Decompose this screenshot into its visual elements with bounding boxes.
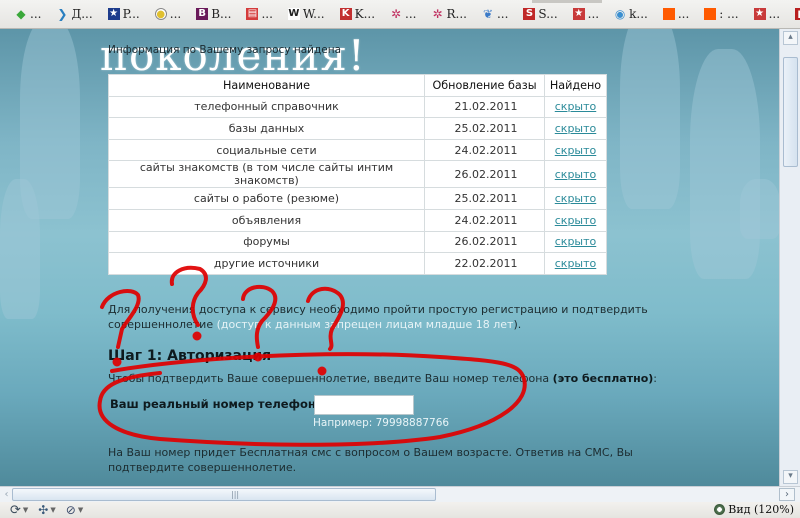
refresh-button[interactable]: ⟳▼ xyxy=(10,503,28,518)
magnifier-icon xyxy=(714,504,725,515)
bookmark-item[interactable]: SS... xyxy=(520,4,560,24)
bookmark-item[interactable]: ★... xyxy=(751,4,783,24)
red-star-doc-icon: ★ xyxy=(573,8,585,20)
bookmark-label: ... xyxy=(170,7,181,21)
chevron-down-icon: ▼ xyxy=(78,506,83,514)
bookmark-item[interactable]: BB... xyxy=(193,4,234,24)
update-date: 22.02.2011 xyxy=(425,253,545,275)
orange-square-icon xyxy=(704,8,716,20)
table-row: другие источники22.02.2011скрыто xyxy=(109,253,607,275)
vertical-scroll-thumb[interactable] xyxy=(783,57,798,167)
colorful-dots-icon: ✲ xyxy=(431,8,443,20)
addons-button[interactable]: ✣▼ xyxy=(38,503,55,517)
hidden-result-link[interactable]: скрыто xyxy=(555,144,597,157)
found-cell: скрыто xyxy=(545,188,607,210)
hidden-result-link[interactable]: скрыто xyxy=(555,235,597,248)
found-cell: скрыто xyxy=(545,231,607,253)
green-blue-arrows-icon: ❯ xyxy=(56,8,68,20)
source-name: объявления xyxy=(109,209,425,231)
bookmark-item[interactable]: ✲... xyxy=(387,4,419,24)
bookmark-item[interactable]: ✲R... xyxy=(428,4,469,24)
table-row: форумы26.02.2011скрыто xyxy=(109,231,607,253)
source-name: сайты знакомств (в том числе сайты интим… xyxy=(109,161,425,188)
vertical-scrollbar[interactable]: ▴ ▾ xyxy=(779,29,800,486)
scroll-grip-icon: ||| xyxy=(231,489,239,501)
update-date: 25.02.2011 xyxy=(425,118,545,140)
bookmark-label: ... xyxy=(678,7,689,21)
wikipedia-w-icon: W xyxy=(288,8,300,20)
bookmark-item[interactable]: ▤... xyxy=(243,4,275,24)
bookmark-item[interactable]: ❯Д... xyxy=(53,4,95,24)
bookmark-label: ... xyxy=(497,7,508,21)
hidden-result-link[interactable]: скрыто xyxy=(555,122,597,135)
blue-globe-icon: ◉ xyxy=(614,8,626,20)
orange-square-icon xyxy=(663,8,675,20)
background-silhouette xyxy=(620,29,680,209)
bookmark-item[interactable]: ◉k... xyxy=(611,4,651,24)
red-s-icon: S xyxy=(523,8,535,20)
update-date: 26.02.2011 xyxy=(425,161,545,188)
update-date: 24.02.2011 xyxy=(425,139,545,161)
bookmark-label: K... xyxy=(355,7,375,21)
scroll-left-arrow-icon[interactable]: ‹ xyxy=(2,488,11,501)
hidden-result-link[interactable]: скрыто xyxy=(555,168,597,181)
bookmark-item[interactable]: WW... xyxy=(285,4,328,24)
zoom-level-button[interactable]: Вид (120%) xyxy=(714,503,794,516)
update-date: 25.02.2011 xyxy=(425,188,545,210)
bookmarks-toolbar: ◆...❯Д...★P...●...BB...▤...WW...KK...✲..… xyxy=(0,0,800,29)
hidden-result-link[interactable]: скрыто xyxy=(555,257,597,270)
found-cell: скрыто xyxy=(545,118,607,140)
source-name: форумы xyxy=(109,231,425,253)
step-desc-end: : xyxy=(653,372,657,385)
bookmark-label: W... xyxy=(303,7,325,21)
access-text-end: ). xyxy=(513,318,521,331)
yellow-circle-icon: ● xyxy=(155,8,167,20)
scroll-up-arrow-icon[interactable]: ▴ xyxy=(783,31,798,45)
table-row: сайты о работе (резюме)25.02.2011скрыто xyxy=(109,188,607,210)
update-date: 26.02.2011 xyxy=(425,231,545,253)
blue-star-icon: ★ xyxy=(108,8,120,20)
hidden-result-link[interactable]: скрыто xyxy=(555,192,597,205)
update-date: 21.02.2011 xyxy=(425,96,545,118)
bookmark-label: Д... xyxy=(71,7,92,21)
found-cell: скрыто xyxy=(545,253,607,275)
update-date: 24.02.2011 xyxy=(425,209,545,231)
bookmark-item[interactable]: KK... xyxy=(337,4,378,24)
found-cell: скрыто xyxy=(545,96,607,118)
background-silhouette xyxy=(740,179,779,239)
scroll-right-arrow-icon[interactable]: › xyxy=(779,488,795,501)
colorful-dots-icon: ✲ xyxy=(390,8,402,20)
table-row: сайты знакомств (в том числе сайты интим… xyxy=(109,161,607,188)
step-desc-text: Чтобы подтвердить Ваше совершеннолетие, … xyxy=(108,372,553,385)
bookmark-item[interactable]: : ... xyxy=(701,4,741,24)
bookmark-label: P... xyxy=(123,7,140,21)
zoom-level-label: Вид (120%) xyxy=(728,503,794,516)
red-star-doc-icon: ★ xyxy=(754,8,766,20)
bookmark-item[interactable]: pp... xyxy=(792,4,800,24)
bookmark-label: B... xyxy=(211,7,231,21)
puzzle-icon: ✣ xyxy=(38,503,48,517)
red-k-icon: K xyxy=(340,8,352,20)
phone-label: Ваш реальный номер телефона: xyxy=(110,397,328,411)
phone-number-input[interactable] xyxy=(314,395,414,415)
bookmark-label: ... xyxy=(261,7,272,21)
block-button[interactable]: ⊘▼ xyxy=(66,503,83,517)
bookmark-item[interactable]: ... xyxy=(660,4,692,24)
purple-b-icon: B xyxy=(196,8,208,20)
status-bar: ⟳▼ ✣▼ ⊘▼ Вид (120%) xyxy=(0,502,800,518)
results-table: Наименование Обновление базы Найдено тел… xyxy=(108,74,607,275)
red-box-icon: ▤ xyxy=(246,8,258,20)
source-name: другие источники xyxy=(109,253,425,275)
green-gem-icon: ◆ xyxy=(15,8,27,20)
background-silhouette xyxy=(690,49,760,279)
found-cell: скрыто xyxy=(545,139,607,161)
bookmark-label: ... xyxy=(588,7,599,21)
table-row: объявления24.02.2011скрыто xyxy=(109,209,607,231)
table-header-row: Наименование Обновление базы Найдено xyxy=(109,75,607,97)
age-restriction-note: (доступ к данным запрещен лицам младше 1… xyxy=(217,318,514,331)
source-name: сайты о работе (резюме) xyxy=(109,188,425,210)
background-silhouette xyxy=(0,179,40,319)
horizontal-scroll-thumb[interactable]: ||| xyxy=(12,488,436,501)
table-row: базы данных25.02.2011скрыто xyxy=(109,118,607,140)
source-name: социальные сети xyxy=(109,139,425,161)
phone-example-hint: Например: 79998887766 xyxy=(313,417,449,429)
source-name: базы данных xyxy=(109,118,425,140)
source-name: телефонный справочник xyxy=(109,96,425,118)
info-message: Информация по Вашему запросу найдена xyxy=(108,44,341,56)
bookmark-label: ... xyxy=(405,7,416,21)
bookmark-label: S... xyxy=(538,7,557,21)
bookmark-label: ... xyxy=(30,7,41,21)
block-icon: ⊘ xyxy=(66,503,76,517)
chevron-down-icon: ▼ xyxy=(50,506,55,514)
table-row: телефонный справочник21.02.2011скрыто xyxy=(109,96,607,118)
bookmark-item[interactable]: ❦... xyxy=(479,4,511,24)
chevron-down-icon: ▼ xyxy=(23,506,28,514)
bookmark-label: R... xyxy=(446,7,466,21)
bookmark-label: : ... xyxy=(719,7,738,21)
found-cell: скрыто xyxy=(545,209,607,231)
bookmark-item[interactable]: ●... xyxy=(152,4,184,24)
column-header-name: Наименование xyxy=(109,75,425,97)
blue-butterfly-icon: ❦ xyxy=(482,8,494,20)
bookmark-item[interactable]: ★P... xyxy=(105,4,143,24)
toolbar-divider xyxy=(532,0,602,3)
access-info-text: Для получения доступа к сервису необходи… xyxy=(108,302,668,332)
bookmark-label: k... xyxy=(629,7,648,21)
bookmark-item[interactable]: ★... xyxy=(570,4,602,24)
free-note: (это бесплатно) xyxy=(553,372,654,385)
column-header-found: Найдено xyxy=(545,75,607,97)
red-p-icon: p xyxy=(795,8,800,20)
sms-info-text: На Ваш номер придет Бесплатная смс с воп… xyxy=(108,445,668,475)
bookmark-item[interactable]: ◆... xyxy=(12,4,44,24)
step-title: Шаг 1: Авторизация xyxy=(108,348,271,364)
horizontal-scrollbar[interactable]: ‹ ||| › xyxy=(0,486,800,502)
found-cell: скрыто xyxy=(545,161,607,188)
hidden-result-link[interactable]: скрыто xyxy=(555,100,597,113)
page-viewport: поколения! Информация по Вашему запросу … xyxy=(0,29,779,486)
bookmark-label: ... xyxy=(769,7,780,21)
refresh-icon: ⟳ xyxy=(10,503,21,518)
step-description: Чтобы подтвердить Ваше совершеннолетие, … xyxy=(108,372,657,385)
hidden-result-link[interactable]: скрыто xyxy=(555,214,597,227)
table-row: социальные сети24.02.2011скрыто xyxy=(109,139,607,161)
scroll-down-arrow-icon[interactable]: ▾ xyxy=(783,470,798,484)
column-header-date: Обновление базы xyxy=(425,75,545,97)
